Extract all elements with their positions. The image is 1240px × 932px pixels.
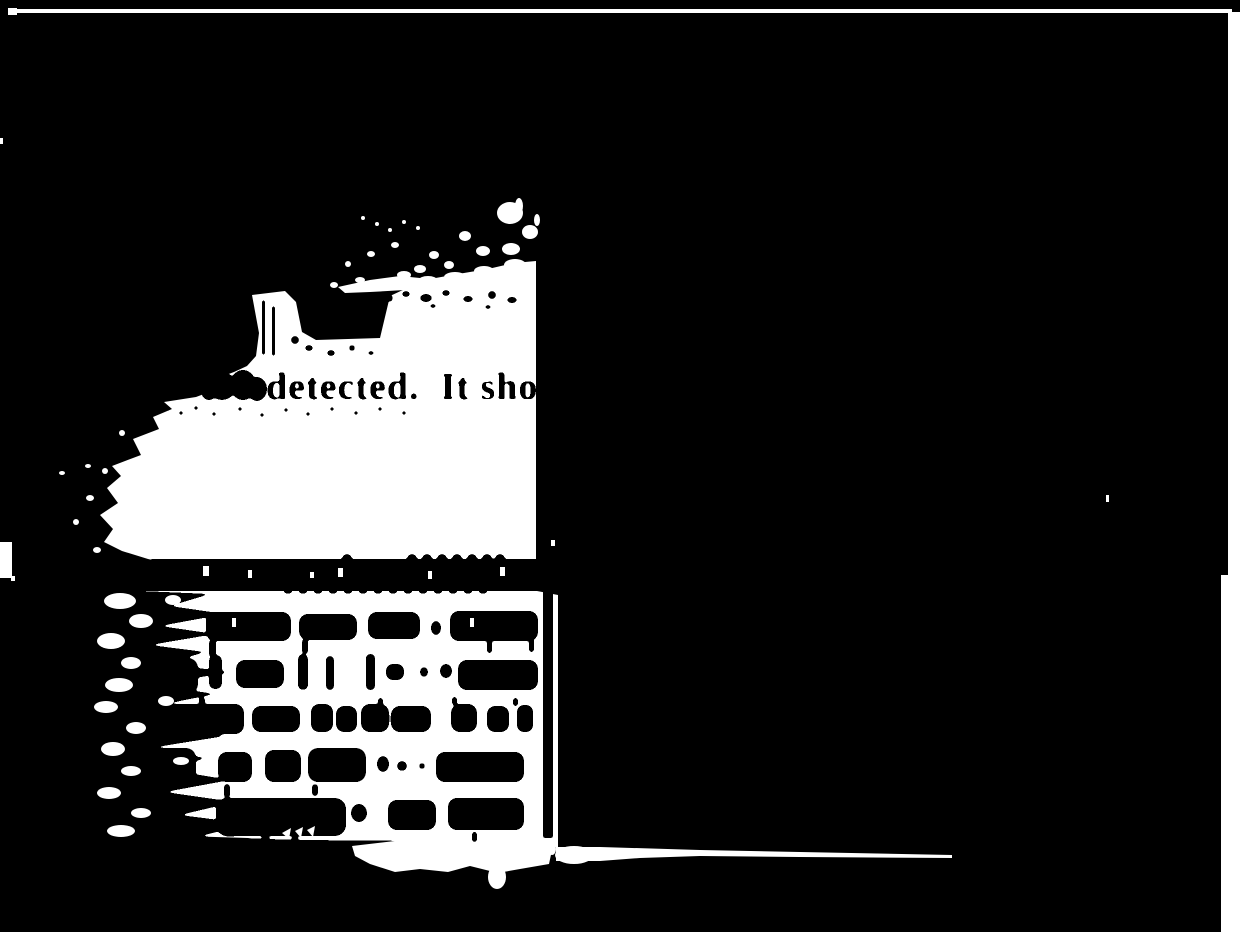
binarized-document-photo: detected. It sho [0, 0, 1240, 932]
white-base [0, 8, 1240, 932]
legible-text-group: detected. It sho [266, 366, 538, 408]
silhouette-canvas: detected. It sho [0, 0, 1240, 932]
legible-text-fragment: detected. It sho [266, 366, 538, 408]
